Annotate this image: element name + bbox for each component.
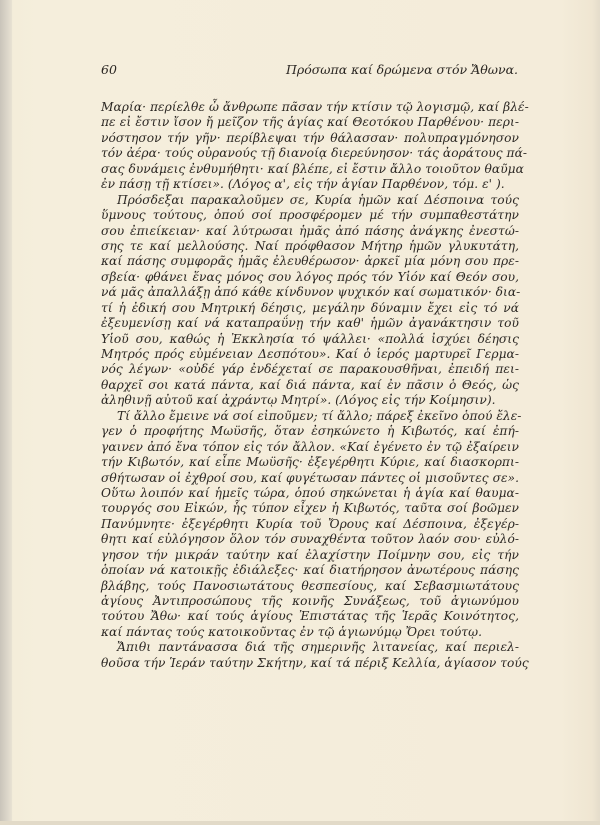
running-header: 60 Πρόσωπα καί δρώμενα στόν Ἄθωνα. [101, 62, 518, 77]
text-line: θαρχεῖ σοι κατά πάντα, καί διά πάντα, κα… [101, 378, 519, 393]
text-line: Πανύμνητε· ἐξεγέρθητι Κυρία τοῦ Ὄρους κα… [101, 517, 519, 532]
text-line: τούτου Ἄθω· καί τούς ἁγίους Ἐπιστάτας τῆ… [101, 609, 519, 624]
text-line: ἀληθινῇ αὐτοῦ καί ἀχράντῳ Μητρί». (Λόγος… [101, 393, 519, 408]
text-line: γησον τήν μικράν ταύτην καί ἐλαχίστην Πο… [101, 548, 519, 563]
page-number: 60 [101, 62, 117, 77]
text-line: θητι καί εὐλόγησον ὅλον τόν συναχθέντα τ… [101, 532, 519, 547]
text-line: τουργός σου Εἰκών, ἧς τύπον εἶχεν ἡ Κιβω… [101, 501, 519, 516]
paragraph-4: Ἄπιθι παντάνασσα διά τῆς σημερινῆς λιταν… [101, 640, 519, 671]
text-line: Οὕτω λοιπόν καί ἡμεῖς τώρα, ὁπού σηκώνετ… [101, 486, 519, 501]
text-line: σας δυνάμεις ἐνθυμήθητι· καί βλέπε, εἰ ἔ… [101, 162, 519, 177]
text-line: Τί ἄλλο ἔμεινε νά σοί εἰποῦμεν; τί ἄλλο;… [101, 409, 519, 424]
paragraph-2: Πρόσδεξαι παρακαλοῦμεν σε, Κυρία ἡμῶν κα… [101, 193, 519, 409]
text-line: τήν Κιβωτόν, καί εἶπε Μωϋσῆς· ἐξεγέρθητι… [101, 455, 519, 470]
text-line: Μητρός πρός εὐμένειαν Δεσπότου». Καί ὁ ἱ… [101, 347, 519, 362]
text-line: πε εἰ ἔστιν ἴσον ἤ μεῖζον τῆς ἁγίας καί … [101, 115, 519, 130]
page-bottom-edge [0, 821, 600, 825]
text-line: Μαρία· περίελθε ὦ ἄνθρωπε πᾶσαν τήν κτίσ… [101, 100, 519, 115]
text-line: καί πάντας τούς κατοικοῦντας ἐν τῷ ἁγιων… [101, 625, 519, 640]
text-line: σου ἐπιείκειαν· καί λύτρωσαι ἡμᾶς ἀπό πά… [101, 224, 519, 239]
text-line: ὕμνους τούτους, ὁπού σοί προσφέρομεν μέ … [101, 208, 519, 223]
text-line: ἁγίους Ἀντιπροσώπους τῆς κοινῆς Συνάξεως… [101, 594, 519, 609]
paragraph-1: Μαρία· περίελθε ὦ ἄνθρωπε πᾶσαν τήν κτίσ… [101, 100, 519, 193]
book-page: 60 Πρόσωπα καί δρώμενα στόν Ἄθωνα. Μαρία… [0, 0, 600, 825]
text-line: τόν ἀέρα· τούς οὐρανούς τῇ διανοίᾳ διερε… [101, 146, 519, 161]
text-line: σθήτωσαν οἱ ἐχθροί σου, καί φυγέτωσαν πά… [101, 471, 519, 486]
text-line: θοῦσα τήν Ἱεράν ταύτην Σκήτην, καί τά πέ… [101, 656, 519, 671]
text-line: σβεία· φθάνει ἕνας μόνος σου λόγος πρός … [101, 270, 519, 285]
running-title: Πρόσωπα καί δρώμενα στόν Ἄθωνα. [286, 62, 518, 77]
text-line: Πρόσδεξαι παρακαλοῦμεν σε, Κυρία ἡμῶν κα… [101, 193, 519, 208]
page-spine-shadow [0, 0, 12, 825]
paragraph-3: Τί ἄλλο ἔμεινε νά σοί εἰποῦμεν; τί ἄλλο;… [101, 409, 519, 641]
text-line: ἐξευμενίσῃ καί νά καταπραΰνῃ τήν καθ' ἡμ… [101, 316, 519, 331]
text-line: ὁποίαν νά κατοικῇς ἐδιάλεξες· καί διατήρ… [101, 563, 519, 578]
text-line: γαινεν ἀπό ἕνα τόπον εἰς τόν ἄλλον. «Καί… [101, 440, 519, 455]
text-line: νόστησον τήν γῆν· περίβλεψαι τήν θάλασσα… [101, 131, 519, 146]
text-line: νός λέγων· «οὐδέ γάρ ἐνδέχεταί σε παρακο… [101, 362, 519, 377]
text-line: καί πάσης συμφορᾶς ἡμᾶς ἐλευθέρωσον· ἀρκ… [101, 254, 519, 269]
text-line: νά μᾶς ἀπαλλάξῃ ἀπό κάθε κίνδυνον ψυχικό… [101, 285, 519, 300]
text-line: γεν ὁ προφήτης Μωϋσῆς, ὅταν ἐσηκώνετο ἡ … [101, 424, 519, 439]
text-line: βλάβης, τούς Πανοσιωτάτους θεσπεσίους, κ… [101, 579, 519, 594]
text-line: τί ἡ ἐδική σου Μητρική δέησις, μεγάλην δ… [101, 301, 519, 316]
text-line: Υἱοῦ σου, καθώς ἡ Ἐκκλησία τό ψάλλει· «π… [101, 332, 519, 347]
text-line: σης τε καί μελλούσης. Ναί πρόφθασον Μήτη… [101, 239, 519, 254]
text-line: Ἄπιθι παντάνασσα διά τῆς σημερινῆς λιταν… [101, 640, 519, 655]
body-text: Μαρία· περίελθε ὦ ἄνθρωπε πᾶσαν τήν κτίσ… [101, 100, 519, 671]
text-line: ἐν πάσῃ τῇ κτίσει». (Λόγος α', εἰς τήν ἁ… [101, 177, 519, 192]
